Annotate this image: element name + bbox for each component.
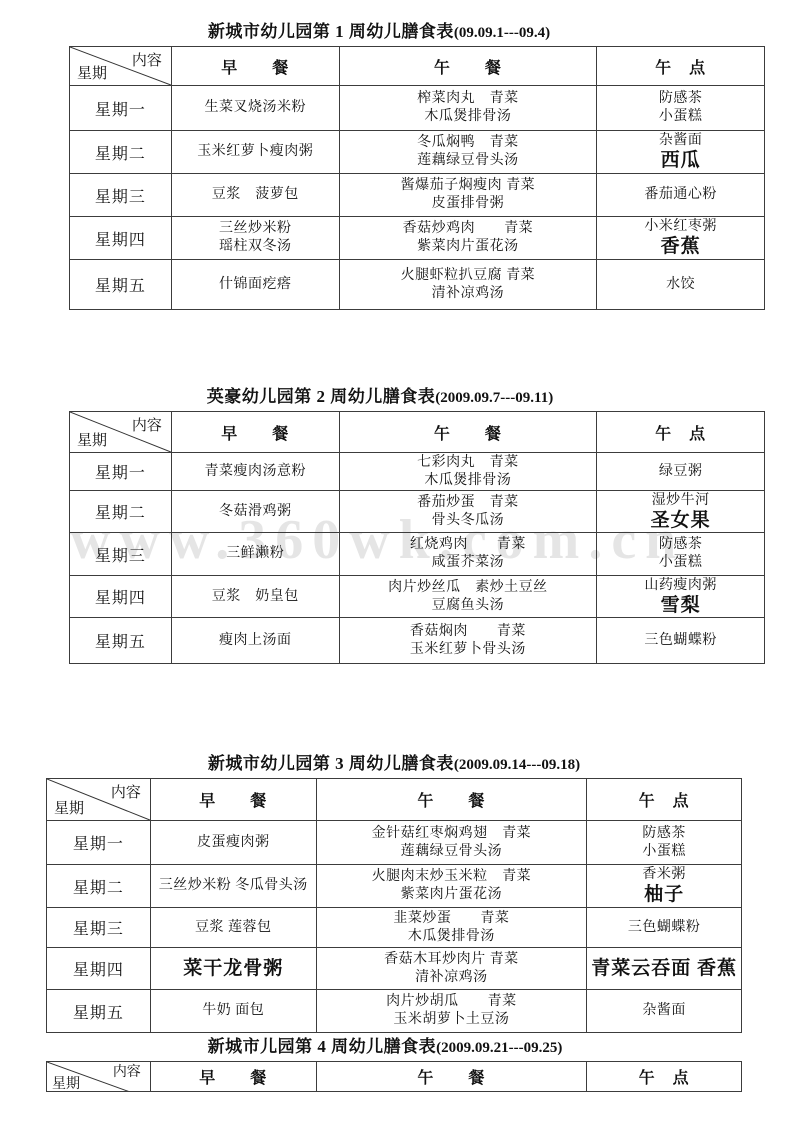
corner-content-label: 内容 xyxy=(132,49,162,70)
day-cell: 星期一 xyxy=(70,453,172,491)
day-cell: 星期一 xyxy=(47,821,151,865)
meal-line: 冬瓜焖鸭 青菜 xyxy=(340,134,597,152)
snack-cell: 三色蝴蝶粉 xyxy=(587,908,742,948)
meal-table: 内容星期早 餐午 餐午 点星期一青菜瘦肉汤意粉七彩肉丸 青菜木瓜煲排骨汤绿豆粥星… xyxy=(69,411,765,664)
breakfast-cell: 牛奶 面包 xyxy=(150,990,316,1033)
table-row: 星期三三鲜濑粉红烧鸡肉 青菜咸蛋芥菜汤防感茶小蛋糕 xyxy=(70,533,765,576)
snack-cell: 湿炒牛河圣女果 xyxy=(597,491,765,533)
meal-line: 香米粥 xyxy=(587,866,741,884)
snack-cell: 水饺 xyxy=(597,260,765,310)
lunch-cell: 七彩肉丸 青菜木瓜煲排骨汤 xyxy=(339,453,597,491)
table-row: 星期二玉米红萝卜瘦肉粥冬瓜焖鸭 青菜莲藕绿豆骨头汤杂酱面西瓜 xyxy=(70,131,765,174)
corner-header-cell: 内容星期 xyxy=(47,1062,151,1092)
meal-line: 紫菜肉片蛋花汤 xyxy=(317,886,587,904)
meal-table-section: 英豪幼儿园第 2 周幼儿膳食表(2009.09.7---09.11)内容星期早 … xyxy=(69,385,765,664)
corner-week-label: 星期 xyxy=(77,62,107,83)
meal-line: 西瓜 xyxy=(597,150,764,172)
corner-header-cell: 内容星期 xyxy=(47,779,151,821)
breakfast-cell: 豆浆 奶皇包 xyxy=(171,576,339,618)
column-header-lunch: 午 餐 xyxy=(316,1062,587,1092)
meal-line: 冬菇滑鸡粥 xyxy=(172,503,339,521)
corner-week-label: 星期 xyxy=(52,1073,80,1092)
table-title-dates: (09.09.1---09.4) xyxy=(454,25,550,41)
meal-table-section: 新城市儿园第 4 周幼儿膳食表(2009.09.21---09.25)内容星期早… xyxy=(46,1035,742,1092)
breakfast-cell: 菜干龙骨粥 xyxy=(150,948,316,990)
day-cell: 星期四 xyxy=(47,948,151,990)
lunch-cell: 香菇木耳炒肉片 青菜清补凉鸡汤 xyxy=(316,948,587,990)
lunch-cell: 金针菇红枣焖鸡翅 青菜莲藕绿豆骨头汤 xyxy=(316,821,587,865)
day-cell: 星期三 xyxy=(47,908,151,948)
meal-line: 番茄通心粉 xyxy=(597,186,764,204)
snack-cell: 绿豆粥 xyxy=(597,453,765,491)
meal-line: 木瓜煲排骨汤 xyxy=(340,108,597,126)
meal-line: 湿炒牛河 xyxy=(597,492,764,510)
document-page: www.360wk.com.cn 新城市幼儿园第 1 周幼儿膳食表(09.09.… xyxy=(0,0,800,1132)
meal-line: 金针菇红枣焖鸡翅 青菜 xyxy=(317,825,587,843)
meal-line: 火腿虾粒扒豆腐 青菜 xyxy=(340,267,597,285)
meal-line: 生菜叉烧汤米粉 xyxy=(172,99,339,117)
meal-line: 玉米红萝卜瘦肉粥 xyxy=(172,143,339,161)
table-row: 星期三豆浆 莲蓉包韭菜炒蛋 青菜木瓜煲排骨汤三色蝴蝶粉 xyxy=(47,908,742,948)
day-cell: 星期四 xyxy=(70,576,172,618)
table-row: 星期四三丝炒米粉瑶柱双冬汤香菇炒鸡肉 青菜紫菜肉片蛋花汤小米红枣粥香蕉 xyxy=(70,217,765,260)
breakfast-cell: 皮蛋瘦肉粥 xyxy=(150,821,316,865)
day-cell: 星期二 xyxy=(70,491,172,533)
day-cell: 星期四 xyxy=(70,217,172,260)
header-row: 内容星期早 餐午 餐午 点 xyxy=(70,412,765,453)
column-header-lunch: 午 餐 xyxy=(339,412,597,453)
table-row: 星期五瘦肉上汤面香菇焖肉 青菜玉米红萝卜骨头汤三色蝴蝶粉 xyxy=(70,618,765,664)
meal-line: 小蛋糕 xyxy=(597,108,764,126)
meal-line: 木瓜煲排骨汤 xyxy=(340,472,597,490)
meal-line: 青菜云吞面 香蕉 xyxy=(587,958,741,980)
meal-line: 莲藕绿豆骨头汤 xyxy=(340,152,597,170)
meal-line: 三丝炒米粉 xyxy=(172,220,339,238)
meal-line: 圣女果 xyxy=(597,510,764,532)
day-cell: 星期一 xyxy=(70,86,172,131)
meal-line: 番茄炒蛋 青菜 xyxy=(340,494,597,512)
meal-line: 青菜瘦肉汤意粉 xyxy=(172,463,339,481)
table-title-text: 英豪幼儿园第 2 周幼儿膳食表 xyxy=(207,387,436,406)
table-row: 星期四豆浆 奶皇包肉片炒丝瓜 素炒土豆丝豆腐鱼头汤山药瘦肉粥雪梨 xyxy=(70,576,765,618)
column-header-breakfast: 早 餐 xyxy=(150,1062,316,1092)
meal-line: 小米红枣粥 xyxy=(597,218,764,236)
meal-table: 内容星期早 餐午 餐午 点星期一生菜叉烧汤米粉榨菜肉丸 青菜木瓜煲排骨汤防感茶小… xyxy=(69,46,765,310)
snack-cell: 杂酱面 xyxy=(587,990,742,1033)
day-cell: 星期三 xyxy=(70,533,172,576)
breakfast-cell: 生菜叉烧汤米粉 xyxy=(171,86,339,131)
day-cell: 星期五 xyxy=(70,260,172,310)
meal-line: 豆腐鱼头汤 xyxy=(340,597,597,615)
day-cell: 星期二 xyxy=(47,865,151,908)
table-row: 星期五牛奶 面包肉片炒胡瓜 青菜玉米胡萝卜土豆汤杂酱面 xyxy=(47,990,742,1033)
meal-line: 菜干龙骨粥 xyxy=(151,958,316,980)
meal-line: 火腿肉末炒玉米粒 青菜 xyxy=(317,868,587,886)
lunch-cell: 香菇炒鸡肉 青菜紫菜肉片蛋花汤 xyxy=(339,217,597,260)
meal-line: 红烧鸡肉 青菜 xyxy=(340,536,597,554)
meal-line: 香蕉 xyxy=(597,236,764,258)
snack-cell: 青菜云吞面 香蕉 xyxy=(587,948,742,990)
meal-line: 酱爆茄子焖瘦肉 青菜 xyxy=(340,177,597,195)
header-row: 内容星期早 餐午 餐午 点 xyxy=(47,779,742,821)
breakfast-cell: 瘦肉上汤面 xyxy=(171,618,339,664)
meal-line: 瘦肉上汤面 xyxy=(172,632,339,650)
table-row: 星期一生菜叉烧汤米粉榨菜肉丸 青菜木瓜煲排骨汤防感茶小蛋糕 xyxy=(70,86,765,131)
breakfast-cell: 什锦面疙瘩 xyxy=(171,260,339,310)
corner-content-label: 内容 xyxy=(113,1062,141,1082)
table-title-text: 新城市幼儿园第 1 周幼儿膳食表 xyxy=(208,22,454,41)
meal-line: 玉米胡萝卜土豆汤 xyxy=(317,1011,587,1029)
header-row: 内容星期早 餐午 餐午 点 xyxy=(47,1062,742,1092)
meal-line: 杂酱面 xyxy=(597,132,764,150)
meal-line: 小蛋糕 xyxy=(587,843,741,861)
lunch-cell: 火腿肉末炒玉米粒 青菜紫菜肉片蛋花汤 xyxy=(316,865,587,908)
meal-line: 三丝炒米粉 冬瓜骨头汤 xyxy=(151,877,316,895)
table-title-text: 新城市儿园第 4 周幼儿膳食表 xyxy=(208,1037,437,1056)
lunch-cell: 肉片炒丝瓜 素炒土豆丝豆腐鱼头汤 xyxy=(339,576,597,618)
column-header-breakfast: 早 餐 xyxy=(171,412,339,453)
snack-cell: 杂酱面西瓜 xyxy=(597,131,765,174)
table-title: 新城市儿园第 4 周幼儿膳食表(2009.09.21---09.25) xyxy=(37,1035,733,1061)
lunch-cell: 韭菜炒蛋 青菜木瓜煲排骨汤 xyxy=(316,908,587,948)
table-title-dates: (2009.09.21---09.25) xyxy=(436,1040,562,1056)
corner-content-label: 内容 xyxy=(132,414,162,435)
table-title-text: 新城市幼儿园第 3 周幼儿膳食表 xyxy=(208,754,454,773)
meal-table: 内容星期早 餐午 餐午 点 xyxy=(46,1061,742,1092)
column-header-breakfast: 早 餐 xyxy=(171,47,339,86)
column-header-lunch: 午 餐 xyxy=(339,47,597,86)
snack-cell: 香米粥柚子 xyxy=(587,865,742,908)
meal-line: 瑶柱双冬汤 xyxy=(172,238,339,256)
corner-header-cell: 内容星期 xyxy=(70,47,172,86)
day-cell: 星期五 xyxy=(70,618,172,664)
meal-line: 小蛋糕 xyxy=(597,554,764,572)
meal-line: 豆浆 莲蓉包 xyxy=(151,919,316,937)
meal-line: 清补凉鸡汤 xyxy=(340,285,597,303)
meal-line: 防感茶 xyxy=(587,825,741,843)
table-row: 星期一青菜瘦肉汤意粉七彩肉丸 青菜木瓜煲排骨汤绿豆粥 xyxy=(70,453,765,491)
corner-content-label: 内容 xyxy=(111,781,141,802)
meal-line: 香菇焖肉 青菜 xyxy=(340,623,597,641)
meal-table-section: 新城市幼儿园第 3 周幼儿膳食表(2009.09.14---09.18)内容星期… xyxy=(46,752,742,1033)
meal-line: 豆浆 菠萝包 xyxy=(172,186,339,204)
column-header-snack: 午 点 xyxy=(587,779,742,821)
meal-line: 豆浆 奶皇包 xyxy=(172,588,339,606)
snack-cell: 防感茶小蛋糕 xyxy=(587,821,742,865)
meal-line: 榨菜肉丸 青菜 xyxy=(340,90,597,108)
meal-line: 水饺 xyxy=(597,276,764,294)
meal-line: 皮蛋瘦肉粥 xyxy=(151,834,316,852)
meal-line: 杂酱面 xyxy=(587,1002,741,1020)
meal-line: 皮蛋排骨粥 xyxy=(340,195,597,213)
column-header-snack: 午 点 xyxy=(587,1062,742,1092)
meal-line: 什锦面疙瘩 xyxy=(172,276,339,294)
meal-line: 三色蝴蝶粉 xyxy=(597,632,764,650)
table-row: 星期三豆浆 菠萝包酱爆茄子焖瘦肉 青菜皮蛋排骨粥番茄通心粉 xyxy=(70,174,765,217)
lunch-cell: 酱爆茄子焖瘦肉 青菜皮蛋排骨粥 xyxy=(339,174,597,217)
breakfast-cell: 玉米红萝卜瘦肉粥 xyxy=(171,131,339,174)
meal-line: 韭菜炒蛋 青菜 xyxy=(317,910,587,928)
meal-line: 香菇木耳炒肉片 青菜 xyxy=(317,951,587,969)
lunch-cell: 番茄炒蛋 青菜骨头冬瓜汤 xyxy=(339,491,597,533)
table-row: 星期一皮蛋瘦肉粥金针菇红枣焖鸡翅 青菜莲藕绿豆骨头汤防感茶小蛋糕 xyxy=(47,821,742,865)
table-title: 新城市幼儿园第 1 周幼儿膳食表(09.09.1---09.4) xyxy=(31,20,727,46)
breakfast-cell: 冬菇滑鸡粥 xyxy=(171,491,339,533)
table-title-dates: (2009.09.7---09.11) xyxy=(435,390,553,406)
table-title: 英豪幼儿园第 2 周幼儿膳食表(2009.09.7---09.11) xyxy=(32,385,728,411)
breakfast-cell: 豆浆 菠萝包 xyxy=(171,174,339,217)
day-cell: 星期三 xyxy=(70,174,172,217)
breakfast-cell: 三丝炒米粉 冬瓜骨头汤 xyxy=(150,865,316,908)
meal-line: 肉片炒胡瓜 青菜 xyxy=(317,993,587,1011)
lunch-cell: 红烧鸡肉 青菜咸蛋芥菜汤 xyxy=(339,533,597,576)
snack-cell: 防感茶小蛋糕 xyxy=(597,533,765,576)
breakfast-cell: 豆浆 莲蓉包 xyxy=(150,908,316,948)
meal-line: 柚子 xyxy=(587,884,741,906)
day-cell: 星期五 xyxy=(47,990,151,1033)
column-header-snack: 午 点 xyxy=(597,47,765,86)
meal-line: 牛奶 面包 xyxy=(151,1002,316,1020)
corner-week-label: 星期 xyxy=(54,797,84,818)
snack-cell: 番茄通心粉 xyxy=(597,174,765,217)
meal-line: 雪梨 xyxy=(597,595,764,617)
header-row: 内容星期早 餐午 餐午 点 xyxy=(70,47,765,86)
table-row: 星期二冬菇滑鸡粥番茄炒蛋 青菜骨头冬瓜汤湿炒牛河圣女果 xyxy=(70,491,765,533)
corner-week-label: 星期 xyxy=(77,429,107,450)
table-title: 新城市幼儿园第 3 周幼儿膳食表(2009.09.14---09.18) xyxy=(46,752,742,778)
meal-line: 咸蛋芥菜汤 xyxy=(340,554,597,572)
meal-table-section: 新城市幼儿园第 1 周幼儿膳食表(09.09.1---09.4)内容星期早 餐午… xyxy=(69,20,765,310)
snack-cell: 小米红枣粥香蕉 xyxy=(597,217,765,260)
snack-cell: 三色蝴蝶粉 xyxy=(597,618,765,664)
lunch-cell: 榨菜肉丸 青菜木瓜煲排骨汤 xyxy=(339,86,597,131)
table-row: 星期二三丝炒米粉 冬瓜骨头汤火腿肉末炒玉米粒 青菜紫菜肉片蛋花汤香米粥柚子 xyxy=(47,865,742,908)
meal-line: 防感茶 xyxy=(597,536,764,554)
meal-line: 香菇炒鸡肉 青菜 xyxy=(340,220,597,238)
meal-line: 玉米红萝卜骨头汤 xyxy=(340,641,597,659)
meal-line: 清补凉鸡汤 xyxy=(317,969,587,987)
meal-line: 骨头冬瓜汤 xyxy=(340,512,597,530)
column-header-snack: 午 点 xyxy=(597,412,765,453)
lunch-cell: 香菇焖肉 青菜玉米红萝卜骨头汤 xyxy=(339,618,597,664)
meal-line: 三鲜濑粉 xyxy=(172,545,339,563)
meal-line: 三色蝴蝶粉 xyxy=(587,919,741,937)
meal-line: 七彩肉丸 青菜 xyxy=(340,454,597,472)
day-cell: 星期二 xyxy=(70,131,172,174)
snack-cell: 山药瘦肉粥雪梨 xyxy=(597,576,765,618)
breakfast-cell: 三丝炒米粉瑶柱双冬汤 xyxy=(171,217,339,260)
column-header-lunch: 午 餐 xyxy=(316,779,587,821)
lunch-cell: 冬瓜焖鸭 青菜莲藕绿豆骨头汤 xyxy=(339,131,597,174)
table-title-dates: (2009.09.14---09.18) xyxy=(454,757,580,773)
meal-line: 莲藕绿豆骨头汤 xyxy=(317,843,587,861)
column-header-breakfast: 早 餐 xyxy=(150,779,316,821)
table-row: 星期四菜干龙骨粥香菇木耳炒肉片 青菜清补凉鸡汤青菜云吞面 香蕉 xyxy=(47,948,742,990)
meal-table: 内容星期早 餐午 餐午 点星期一皮蛋瘦肉粥金针菇红枣焖鸡翅 青菜莲藕绿豆骨头汤防… xyxy=(46,778,742,1033)
breakfast-cell: 三鲜濑粉 xyxy=(171,533,339,576)
meal-line: 紫菜肉片蛋花汤 xyxy=(340,238,597,256)
table-row: 星期五什锦面疙瘩火腿虾粒扒豆腐 青菜清补凉鸡汤水饺 xyxy=(70,260,765,310)
snack-cell: 防感茶小蛋糕 xyxy=(597,86,765,131)
meal-line: 山药瘦肉粥 xyxy=(597,577,764,595)
meal-line: 防感茶 xyxy=(597,90,764,108)
lunch-cell: 火腿虾粒扒豆腐 青菜清补凉鸡汤 xyxy=(339,260,597,310)
meal-line: 木瓜煲排骨汤 xyxy=(317,928,587,946)
meal-line: 绿豆粥 xyxy=(597,463,764,481)
corner-header-cell: 内容星期 xyxy=(70,412,172,453)
breakfast-cell: 青菜瘦肉汤意粉 xyxy=(171,453,339,491)
meal-line: 肉片炒丝瓜 素炒土豆丝 xyxy=(340,579,597,597)
lunch-cell: 肉片炒胡瓜 青菜玉米胡萝卜土豆汤 xyxy=(316,990,587,1033)
